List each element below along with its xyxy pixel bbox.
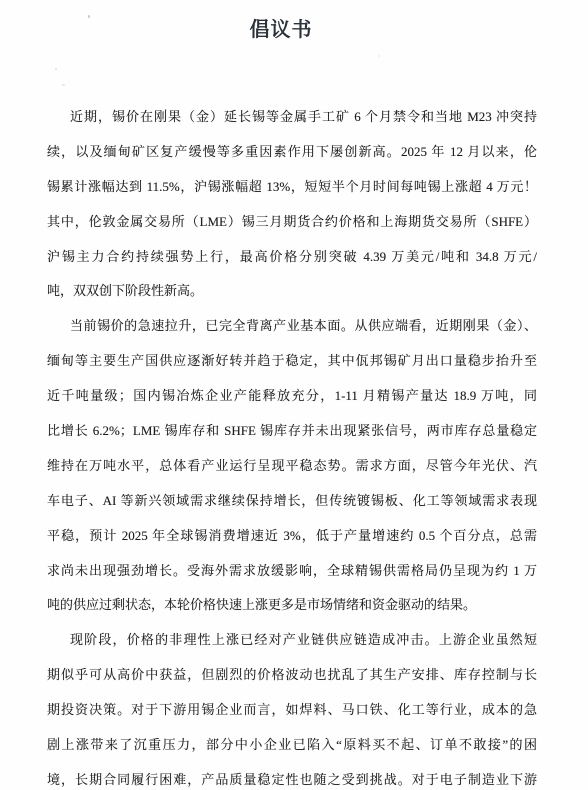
document-page: 倡议书 近期，锡价在刚果（金）延长锡等金属手工矿 6 个月禁令和当地 M23 冲…	[0, 0, 588, 790]
scan-speck	[62, 84, 65, 86]
page-title: 倡议书	[0, 13, 562, 42]
text-line: 比增长 6.2%；LME 锡库存和 SHFE 锡库存并未出现紧张信号，两市库存总…	[47, 414, 537, 449]
text-line: 期似乎可从高价中获益，但剧烈的价格波动也扰乱了其生产安排、库存控制与长	[47, 658, 537, 693]
text-line: 吨，双双创下阶段性新高。	[47, 274, 537, 309]
text-line: 维持在万吨水平，总体看产业运行呈现平稳态势。需求方面，尽管今年光伏、汽	[47, 449, 537, 484]
text-line: 近千吨量级；国内锡冶炼企业产能释放充分，1-11 月精锡产量达 18.9 万吨，…	[47, 379, 537, 414]
text-line: 续，以及缅甸矿区复产缓慢等多重因素作用下屡创新高。2025 年 12 月以来，伦	[47, 135, 537, 170]
text-line: 现阶段，价格的非理性上涨已经对产业链供应链造成冲击。上游企业虽然短	[47, 623, 537, 658]
text-line: 境，长期合同履行困难，产品质量稳定性也随之受到挑战。对于电子制造业下游	[47, 763, 537, 790]
paragraph: 现阶段，价格的非理性上涨已经对产业链供应链造成冲击。上游企业虽然短期似乎可从高价…	[47, 623, 537, 790]
text-line: 吨的供应过剩状态，本轮价格快速上涨更多是市场情绪和资金驱动的结果。	[47, 588, 537, 623]
document-body: 近期，锡价在刚果（金）延长锡等金属手工矿 6 个月禁令和当地 M23 冲突持续，…	[47, 100, 537, 790]
text-line: 当前锡价的急速拉升，已完全背离产业基本面。从供应端看，近期刚果（金）、	[47, 309, 537, 344]
text-line: 求尚未出现强劲增长。受海外需求放缓影响，全球精锡供需格局仍呈现为约 1 万	[47, 554, 537, 589]
text-line: 车电子、AI 等新兴领域需求继续保持增长，但传统镀锡板、化工等领域需求表现	[47, 484, 537, 519]
text-line: 期投资决策。对于下游用锡企业而言，如焊料、马口铁、化工等行业，成本的急	[47, 693, 537, 728]
text-line: 沪锡主力合约持续强势上行，最高价格分别突破 4.39 万美元/吨和 34.8 万…	[47, 240, 537, 275]
text-line: 剧上涨带来了沉重压力，部分中小企业已陷入“原料买不起、订单不敢接”的困	[47, 728, 537, 763]
scan-speck	[55, 68, 57, 70]
text-line: 锡累计涨幅达到 11.5%，沪锡涨幅超 13%，短短半个月时间每吨锡上涨超 4 …	[47, 170, 537, 205]
text-line: 其中，伦敦金属交易所（LME）锡三月期货合约价格和上海期货交易所（SHFE）	[47, 205, 537, 240]
text-line: 平稳，预计 2025 年全球锡消费增速近 3%，低于产量增速约 0.5 个百分点…	[47, 519, 537, 554]
scan-speck	[378, 55, 380, 57]
text-line: 缅甸等主要生产国供应逐渐好转并趋于稳定，其中佤邦锡矿月出口量稳步抬升至	[47, 344, 537, 379]
paragraph: 当前锡价的急速拉升，已完全背离产业基本面。从供应端看，近期刚果（金）、缅甸等主要…	[47, 309, 537, 623]
text-line: 近期，锡价在刚果（金）延长锡等金属手工矿 6 个月禁令和当地 M23 冲突持	[47, 100, 537, 135]
paragraph: 近期，锡价在刚果（金）延长锡等金属手工矿 6 个月禁令和当地 M23 冲突持续，…	[47, 100, 537, 309]
